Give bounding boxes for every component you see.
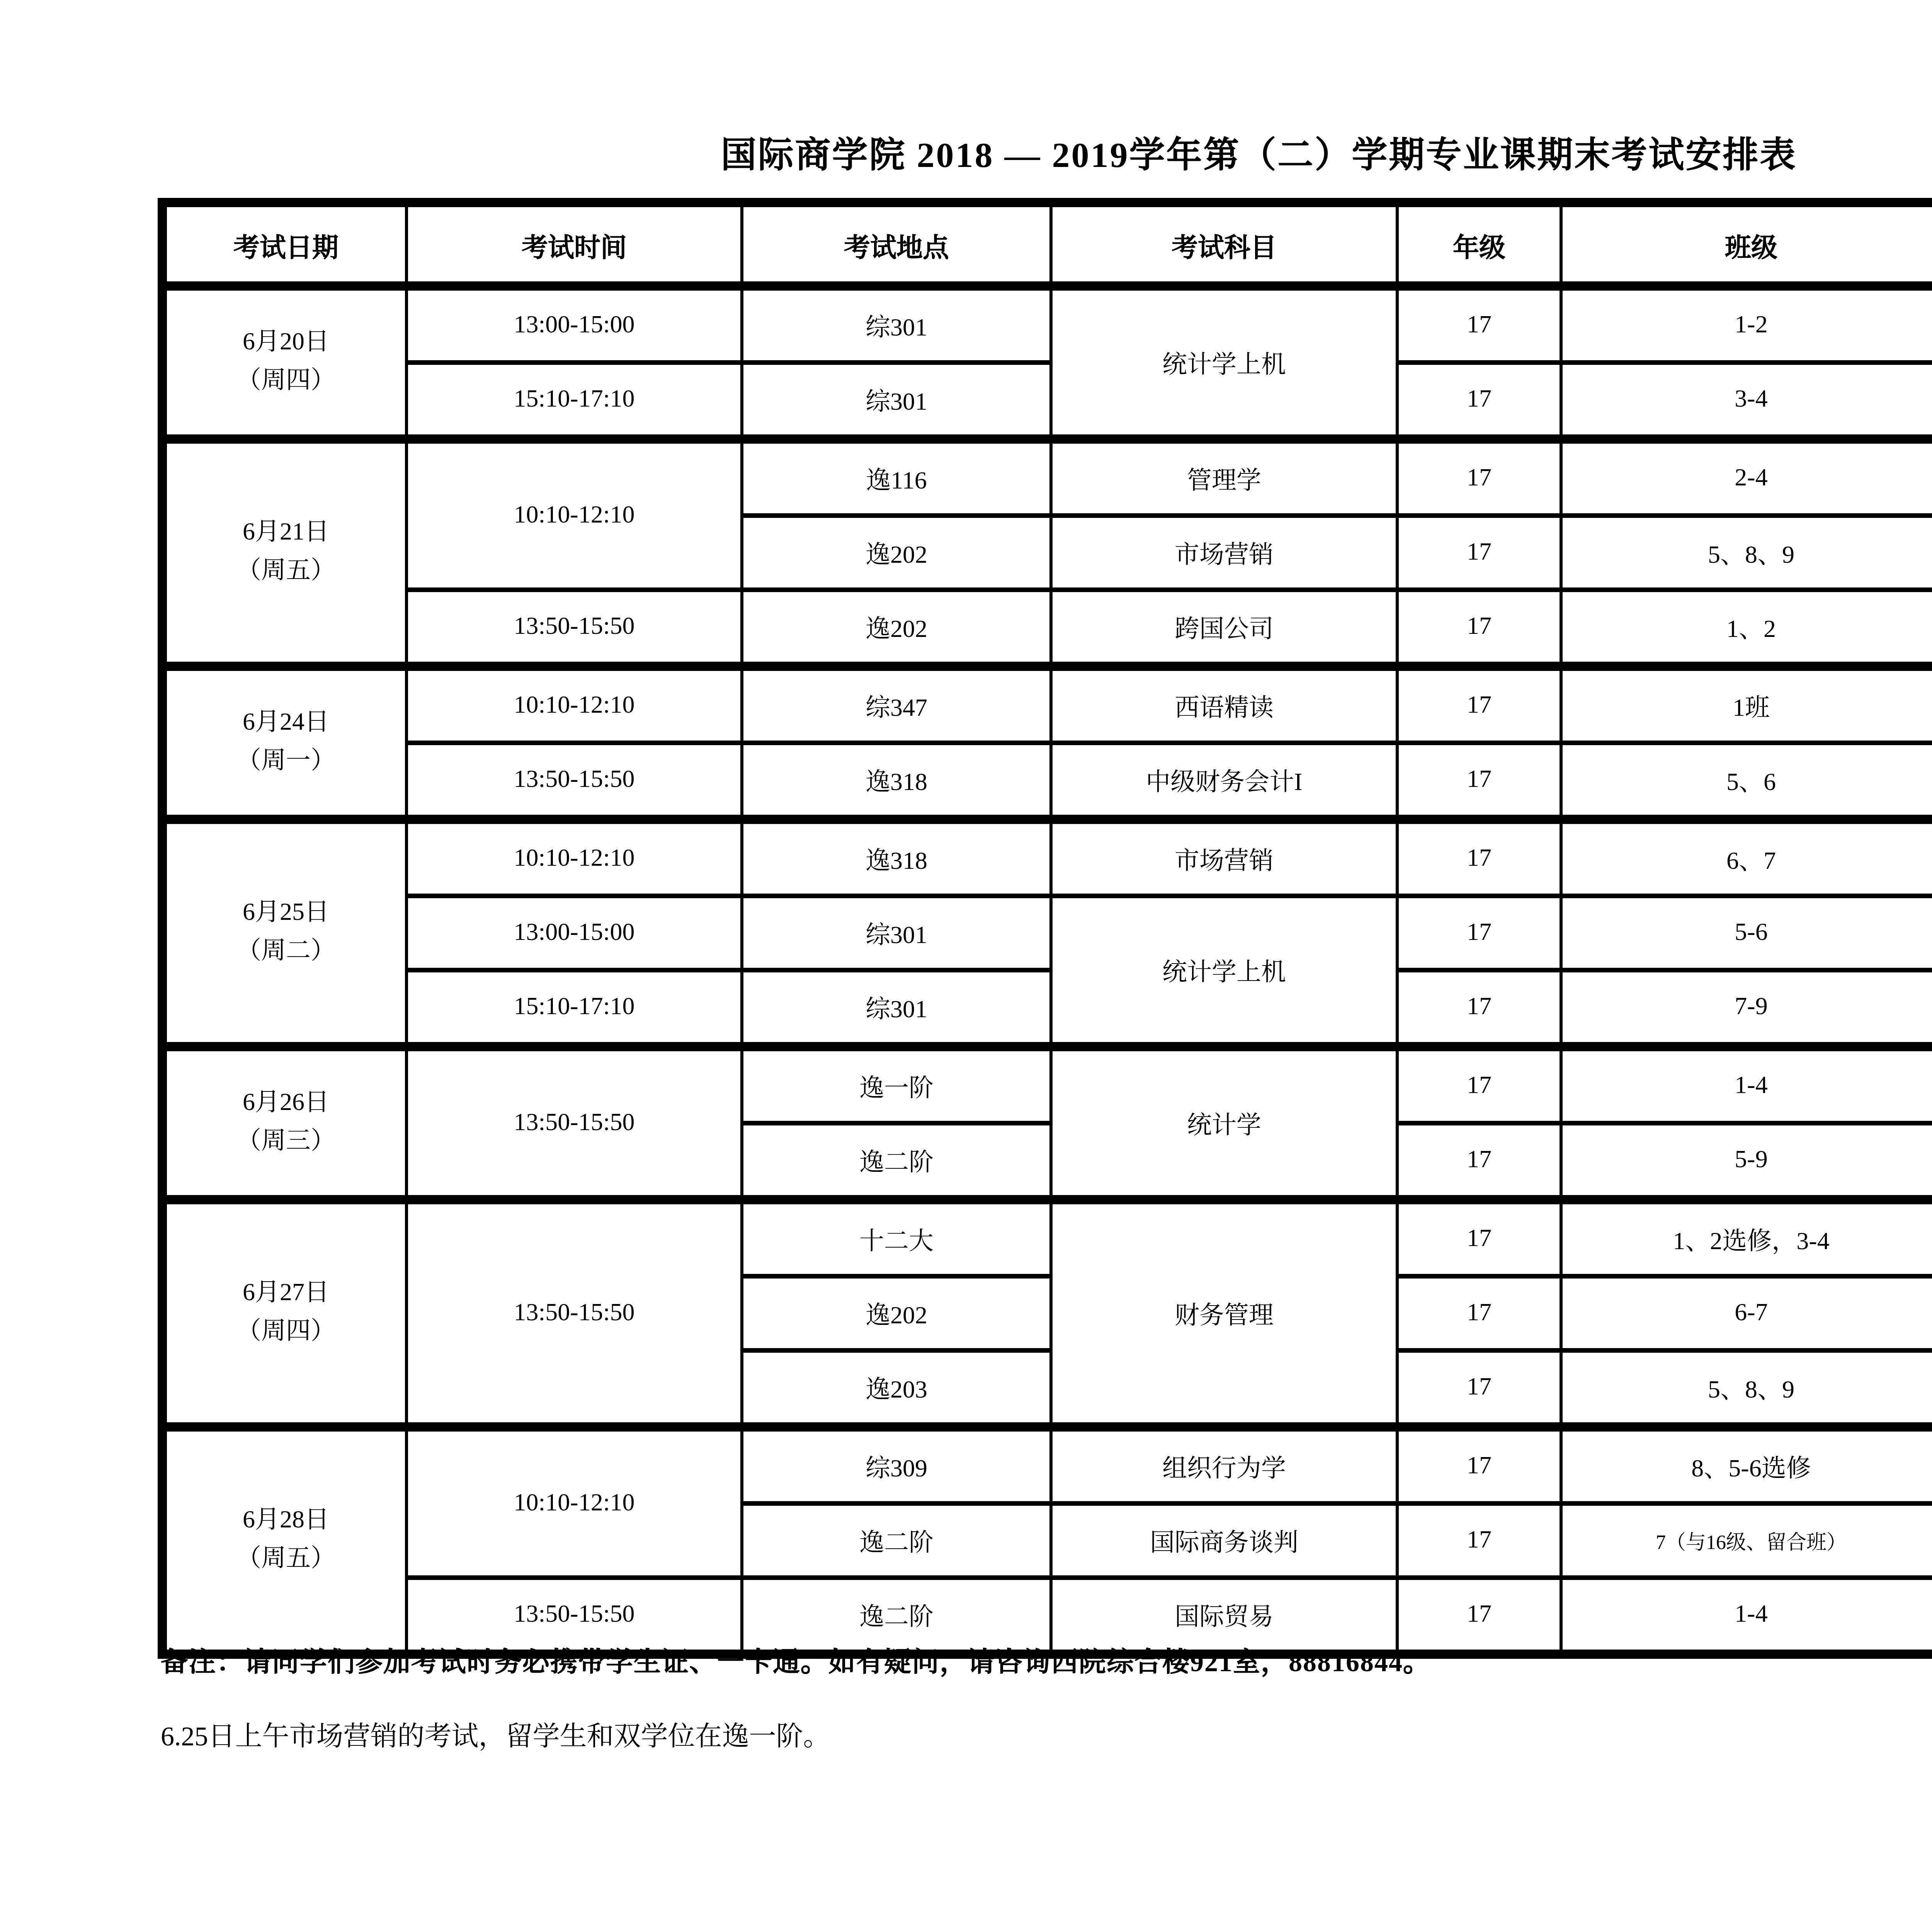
table-row: 13:00-15:00综301统计学上机175-6余静雯鲁永 — [162, 896, 1932, 970]
cell-exam-date: 6月26日（周三） — [162, 1047, 406, 1200]
cell-exam-time: 13:50-15:50 — [406, 590, 742, 666]
cell-exam-subject: 西语精读 — [1051, 666, 1397, 743]
document-title: 国际商学院 2018 — 2019学年第（二）学期专业课期末考试安排表 — [158, 127, 1932, 178]
cell-class: 1、2选修，3-4 — [1561, 1200, 1932, 1276]
cell-exam-subject: 国际商务谈判 — [1051, 1503, 1397, 1578]
cell-class: 5-6 — [1561, 896, 1932, 970]
cell-grade: 17 — [1397, 363, 1561, 439]
table-row: 6月21日（周五）10:10-12:10逸116管理学172-4朋震李思飞 — [162, 439, 1932, 516]
cell-exam-time: 13:00-15:00 — [406, 896, 742, 970]
header-exam-subject: 考试科目 — [1051, 203, 1397, 286]
cell-exam-location: 逸202 — [742, 590, 1051, 666]
cell-exam-subject: 中级财务会计I — [1051, 743, 1397, 819]
header-row: 考试日期考试时间考试地点考试科目年级班级监考教师 — [162, 203, 1932, 286]
cell-exam-subject: 统计学上机 — [1051, 286, 1397, 439]
cell-exam-location: 十二大 — [742, 1200, 1051, 1276]
cell-exam-location: 逸116 — [742, 439, 1051, 516]
table-row: 15:10-17:10综301177-9 — [162, 970, 1932, 1047]
cell-exam-date: 6月27日（周四） — [162, 1200, 406, 1427]
cell-exam-location: 逸202 — [742, 1276, 1051, 1350]
cell-exam-location: 综309 — [742, 1427, 1051, 1503]
cell-exam-time: 10:10-12:10 — [406, 666, 742, 743]
cell-exam-subject: 统计学 — [1051, 1047, 1397, 1200]
table-row: 6月24日（周一）10:10-12:10综347西语精读171班王钰 — [162, 666, 1932, 743]
cell-grade: 17 — [1397, 1276, 1561, 1350]
cell-exam-date: 6月20日（周四） — [162, 286, 406, 439]
footnote-remark: 备注：请同学们参加考试时务必携带学生证、一卡通。如有疑问，请咨询西院综合楼921… — [161, 1642, 1431, 1680]
cell-class: 1、2 — [1561, 590, 1932, 666]
header-exam-date: 考试日期 — [162, 203, 406, 286]
cell-exam-location: 逸318 — [742, 743, 1051, 819]
cell-class: 2-4 — [1561, 439, 1932, 516]
table-header: 考试日期考试时间考试地点考试科目年级班级监考教师 — [162, 203, 1932, 286]
cell-exam-subject: 财务管理 — [1051, 1200, 1397, 1427]
footnote-extra: 6.25日上午市场营销的考试，留学生和双学位在逸一阶。 — [161, 1716, 830, 1755]
cell-exam-subject: 市场营销 — [1051, 516, 1397, 590]
table-row: 6月27日（周四）13:50-15:50十二大财务管理171、2选修，3-4王德… — [162, 1200, 1932, 1276]
cell-class: 8、5-6选修 — [1561, 1427, 1932, 1503]
cell-class: 5、8、9 — [1561, 1350, 1932, 1427]
cell-grade: 17 — [1397, 516, 1561, 590]
header-exam-location: 考试地点 — [742, 203, 1051, 286]
exam-schedule-table: 考试日期考试时间考试地点考试科目年级班级监考教师 6月20日（周四）13:00-… — [158, 198, 1932, 1659]
cell-exam-location: 逸203 — [742, 1350, 1051, 1427]
cell-class: 1-2 — [1561, 286, 1932, 363]
table-row: 6月25日（周二）10:10-12:10逸318市场营销176、7姚项惢徐玲 — [162, 819, 1932, 896]
cell-grade: 17 — [1397, 1503, 1561, 1578]
cell-exam-location: 逸318 — [742, 819, 1051, 896]
cell-grade: 17 — [1397, 1200, 1561, 1276]
header-grade: 年级 — [1397, 203, 1561, 286]
cell-exam-subject: 统计学上机 — [1051, 896, 1397, 1047]
cell-grade: 17 — [1397, 1350, 1561, 1427]
cell-exam-location: 逸二阶 — [742, 1123, 1051, 1200]
cell-class: 6、7 — [1561, 819, 1932, 896]
cell-class: 7（与16级、留合班） — [1561, 1503, 1932, 1578]
cell-grade: 17 — [1397, 970, 1561, 1047]
cell-class: 5、8、9 — [1561, 516, 1932, 590]
cell-class: 1班 — [1561, 666, 1932, 743]
cell-grade: 17 — [1397, 666, 1561, 743]
cell-class: 5-9 — [1561, 1123, 1932, 1200]
cell-exam-time: 10:10-12:10 — [406, 819, 742, 896]
cell-exam-date: 6月24日（周一） — [162, 666, 406, 819]
cell-exam-time: 13:50-15:50 — [406, 1200, 742, 1427]
cell-grade: 17 — [1397, 819, 1561, 896]
cell-class: 7-9 — [1561, 970, 1932, 1047]
table-row: 15:10-17:10综301173-4 — [162, 363, 1932, 439]
cell-class: 3-4 — [1561, 363, 1932, 439]
cell-grade: 17 — [1397, 590, 1561, 666]
cell-exam-date: 6月28日（周五） — [162, 1427, 406, 1654]
cell-exam-time: 13:50-15:50 — [406, 1047, 742, 1200]
cell-grade: 17 — [1397, 286, 1561, 363]
cell-exam-location: 逸二阶 — [742, 1503, 1051, 1578]
cell-exam-time: 10:10-12:10 — [406, 1427, 742, 1578]
cell-exam-location: 综301 — [742, 970, 1051, 1047]
cell-class: 6-7 — [1561, 1276, 1932, 1350]
cell-exam-location: 逸一阶 — [742, 1047, 1051, 1123]
cell-grade: 17 — [1397, 743, 1561, 819]
cell-exam-time: 13:00-15:00 — [406, 286, 742, 363]
table-row: 13:50-15:50逸202跨国公司171、2董丽丽蔡林 — [162, 590, 1932, 666]
table-row: 6月28日（周五）10:10-12:10综309组织行为学178、5-6选修李淑… — [162, 1427, 1932, 1503]
cell-exam-date: 6月21日（周五） — [162, 439, 406, 666]
cell-exam-subject: 管理学 — [1051, 439, 1397, 516]
cell-grade: 17 — [1397, 1123, 1561, 1200]
cell-exam-location: 综301 — [742, 286, 1051, 363]
cell-grade: 17 — [1397, 439, 1561, 516]
cell-class: 1-4 — [1561, 1047, 1932, 1123]
cell-exam-location: 逸202 — [742, 516, 1051, 590]
cell-exam-location: 综347 — [742, 666, 1051, 743]
header-class: 班级 — [1561, 203, 1932, 286]
document-page: 国际商学院 2018 — 2019学年第（二）学期专业课期末考试安排表 考试日期… — [0, 0, 1932, 1917]
table-row: 6月20日（周四）13:00-15:00综301统计学上机171-2胡诗伟徐亚 — [162, 286, 1932, 363]
cell-exam-location: 综301 — [742, 896, 1051, 970]
cell-exam-subject: 组织行为学 — [1051, 1427, 1397, 1503]
cell-exam-subject: 市场营销 — [1051, 819, 1397, 896]
table-row: 6月26日（周三）13:50-15:50逸一阶统计学171-4胡诗伟崔慧洁 — [162, 1047, 1932, 1123]
cell-exam-time: 10:10-12:10 — [406, 439, 742, 590]
cell-class: 5、6 — [1561, 743, 1932, 819]
cell-grade: 17 — [1397, 896, 1561, 970]
cell-exam-time: 15:10-17:10 — [406, 363, 742, 439]
cell-grade: 17 — [1397, 1047, 1561, 1123]
table-row: 13:50-15:50逸318中级财务会计I175、6崔慧洁朋震 — [162, 743, 1932, 819]
cell-exam-time: 13:50-15:50 — [406, 743, 742, 819]
cell-exam-subject: 跨国公司 — [1051, 590, 1397, 666]
header-exam-time: 考试时间 — [406, 203, 742, 286]
table-body: 6月20日（周四）13:00-15:00综301统计学上机171-2胡诗伟徐亚1… — [162, 286, 1932, 1654]
cell-exam-time: 15:10-17:10 — [406, 970, 742, 1047]
cell-class: 1-4 — [1561, 1578, 1932, 1654]
cell-exam-location: 综301 — [742, 363, 1051, 439]
cell-exam-date: 6月25日（周二） — [162, 819, 406, 1047]
cell-grade: 17 — [1397, 1427, 1561, 1503]
